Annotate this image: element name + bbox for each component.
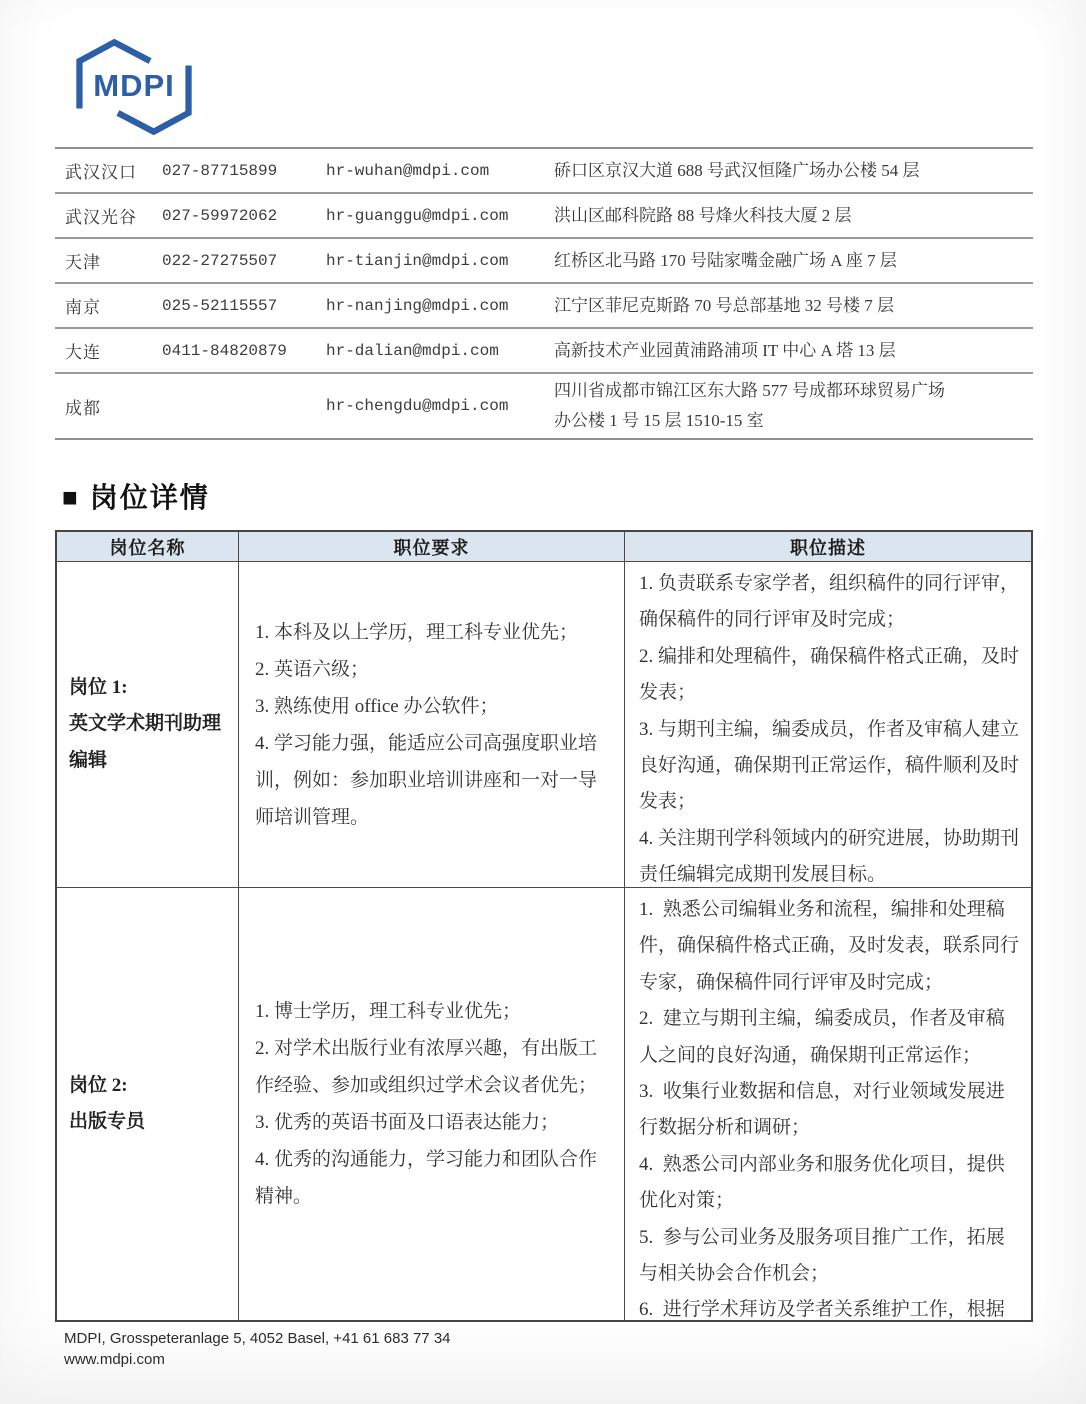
section-bullet-icon: ■	[62, 482, 80, 512]
mdpi-logo-text: MDPI	[58, 68, 210, 104]
contact-city: 成都	[55, 394, 162, 419]
contact-city: 武汉汉口	[55, 158, 162, 183]
job-requirements-cell: 1. 博士学历，理工科专业优先； 2. 对学术出版行业有浓厚兴趣，有出版工作经验…	[239, 888, 625, 1320]
job-table-header-name: 岗位名称	[57, 532, 239, 562]
contact-phone: 027-87715899	[162, 162, 326, 180]
section-title: ■岗位详情	[62, 476, 210, 516]
page-footer: MDPI, Grosspeteranlage 5, 4052 Basel, +4…	[64, 1328, 451, 1370]
description-item: 3. 与期刊主编，编委成员，作者及审稿人建立良好沟通，确保期刊正常运作，稿件顺利…	[639, 712, 1019, 821]
contact-city: 天津	[55, 248, 162, 273]
job-description-cell: 1. 负责联系专家学者，组织稿件的同行评审，确保稿件的同行评审及时完成； 2. …	[625, 562, 1031, 888]
contact-email: hr-guanggu@mdpi.com	[326, 207, 554, 225]
contact-address: 高新技术产业园黄浦路浦项 IT 中心 A 塔 13 层	[554, 336, 1033, 366]
job-requirements-cell: 1. 本科及以上学历，理工科专业优先； 2. 英语六级； 3. 熟练使用 off…	[239, 562, 625, 888]
description-item: 1. 负责联系专家学者，组织稿件的同行评审，确保稿件的同行评审及时完成；	[639, 566, 1019, 639]
requirement-item: 1. 博士学历，理工科专业优先；	[255, 993, 612, 1030]
description-item: 6. 进行学术拜访及学者关系维护工作，根据公司	[639, 1292, 1019, 1320]
description-item: 5. 参与公司业务及服务项目推广工作，拓展与相关协会合作机会；	[639, 1220, 1019, 1293]
contact-email: hr-tianjin@mdpi.com	[326, 252, 554, 270]
section-title-text: 岗位详情	[90, 482, 210, 513]
contact-city: 南京	[55, 293, 162, 318]
contact-email: hr-dalian@mdpi.com	[326, 342, 554, 360]
contact-city: 武汉光谷	[55, 203, 162, 228]
description-item: 1. 熟悉公司编辑业务和流程，编排和处理稿件，确保稿件格式正确，及时发表，联系同…	[639, 892, 1019, 1001]
contact-address: 洪山区邮科院路 88 号烽火科技大厦 2 层	[554, 201, 1033, 231]
requirement-item: 2. 对学术出版行业有浓厚兴趣，有出版工作经验、参加或组织过学术会议者优先；	[255, 1030, 612, 1104]
contact-email: hr-nanjing@mdpi.com	[326, 297, 554, 315]
job-name-cell: 岗位 2: 出版专员	[57, 888, 239, 1320]
contact-address: 硚口区京汉大道 688 号武汉恒隆广场办公楼 54 层	[554, 156, 1033, 186]
contact-phone: 0411-84820879	[162, 342, 326, 360]
job-name-line: 英文学术期刊助理编辑	[69, 706, 228, 779]
contact-email: hr-chengdu@mdpi.com	[326, 397, 554, 415]
mdpi-logo: MDPI	[58, 32, 210, 142]
contact-address: 红桥区北马路 170 号陆家嘴金融广场 A 座 7 层	[554, 246, 1033, 276]
job-name-cell: 岗位 1: 英文学术期刊助理编辑	[57, 562, 239, 888]
job-details-table: 岗位名称 职位要求 职位描述 岗位 1: 英文学术期刊助理编辑 1. 本科及以上…	[55, 530, 1033, 1322]
contact-table: 武汉汉口 027-87715899 hr-wuhan@mdpi.com 硚口区京…	[55, 147, 1033, 440]
contact-email: hr-wuhan@mdpi.com	[326, 162, 554, 180]
requirement-item: 3. 熟练使用 office 办公软件；	[255, 688, 612, 725]
description-item: 4. 关注期刊学科领域内的研究进展，协助期刊责任编辑完成期刊发展目标。	[639, 821, 1019, 888]
contact-row: 大连 0411-84820879 hr-dalian@mdpi.com 高新技术…	[55, 329, 1033, 374]
job-table-header-description: 职位描述	[625, 532, 1031, 562]
description-item: 3. 收集行业数据和信息，对行业领域发展进行数据分析和调研；	[639, 1074, 1019, 1147]
requirement-item: 4. 学习能力强，能适应公司高强度职业培训，例如：参加职业培训讲座和一对一导师培…	[255, 725, 612, 836]
job-name-line: 岗位 1:	[69, 670, 228, 707]
description-item: 2. 编排和处理稿件，确保稿件格式正确，及时发表；	[639, 639, 1019, 712]
footer-website: www.mdpi.com	[64, 1349, 451, 1370]
contact-row: 武汉光谷 027-59972062 hr-guanggu@mdpi.com 洪山…	[55, 194, 1033, 239]
contact-address: 四川省成都市锦江区东大路 577 号成都环球贸易广场 办公楼 1 号 15 层 …	[554, 376, 1033, 436]
contact-phone: 025-52115557	[162, 297, 326, 315]
contact-phone: 027-59972062	[162, 207, 326, 225]
contact-address: 江宁区菲尼克斯路 70 号总部基地 32 号楼 7 层	[554, 291, 1033, 321]
contact-row: 武汉汉口 027-87715899 hr-wuhan@mdpi.com 硚口区京…	[55, 149, 1033, 194]
job-name-line: 出版专员	[69, 1104, 228, 1141]
job-table-header-requirements: 职位要求	[239, 532, 625, 562]
document-page: MDPI 武汉汉口 027-87715899 hr-wuhan@mdpi.com…	[0, 0, 1086, 1404]
job-name-line: 岗位 2:	[69, 1068, 228, 1105]
footer-address: MDPI, Grosspeteranlage 5, 4052 Basel, +4…	[64, 1328, 451, 1349]
requirement-item: 2. 英语六级；	[255, 651, 612, 688]
requirement-item: 4. 优秀的沟通能力，学习能力和团队合作精神。	[255, 1141, 612, 1215]
contact-phone: 022-27275507	[162, 252, 326, 270]
job-description-cell: 1. 熟悉公司编辑业务和流程，编排和处理稿件，确保稿件格式正确，及时发表，联系同…	[625, 888, 1031, 1320]
requirement-item: 3. 优秀的英语书面及口语表达能力；	[255, 1104, 612, 1141]
description-item: 2. 建立与期刊主编，编委成员，作者及审稿人之间的良好沟通，确保期刊正常运作；	[639, 1001, 1019, 1074]
description-item: 4. 熟悉公司内部业务和服务优化项目，提供优化对策；	[639, 1147, 1019, 1220]
contact-row: 天津 022-27275507 hr-tianjin@mdpi.com 红桥区北…	[55, 239, 1033, 284]
requirement-item: 1. 本科及以上学历，理工科专业优先；	[255, 614, 612, 651]
contact-row: 南京 025-52115557 hr-nanjing@mdpi.com 江宁区菲…	[55, 284, 1033, 329]
contact-row: 成都 hr-chengdu@mdpi.com 四川省成都市锦江区东大路 577 …	[55, 374, 1033, 438]
contact-city: 大连	[55, 338, 162, 363]
